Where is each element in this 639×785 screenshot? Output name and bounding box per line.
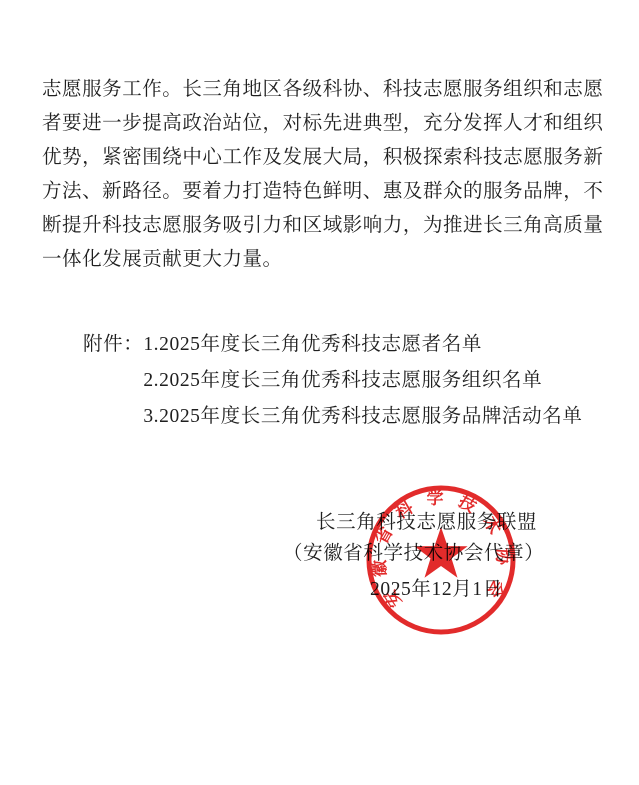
signature-date: 2025年12月1日 [370, 579, 503, 601]
signature-org: 长三角科技志愿服务联盟 [316, 512, 537, 534]
attachment-item: 2.2025年度长三角优秀科技志愿服务组织名单 [143, 363, 582, 399]
body-line: 断提升科技志愿服务吸引力和区域影响力，为推进长三角高质量 [42, 209, 603, 243]
attachment-list: 1.2025年度长三角优秀科技志愿者名单 2.2025年度长三角优秀科技志愿服务… [143, 327, 582, 435]
attachment-item: 1.2025年度长三角优秀科技志愿者名单 [143, 327, 582, 363]
signature-note: （安徽省科学技术协会代章） [283, 543, 544, 565]
body-line: 者要进一步提高政治站位，对标先进典型，充分发挥人才和组织 [42, 107, 603, 141]
body-line: 方法、新路径。要着力打造特色鲜明、惠及群众的服务品牌，不 [42, 175, 603, 209]
attachment-section: 附件： 1.2025年度长三角优秀科技志愿者名单 2.2025年度长三角优秀科技… [83, 327, 582, 435]
body-line: 优势，紧密围绕中心工作及发展大局，积极探索科技志愿服务新 [42, 141, 603, 175]
attachment-label: 附件： [83, 327, 143, 363]
body-line: 一体化发展贡献更大力量。 [42, 243, 603, 277]
attachment-item: 3.2025年度长三角优秀科技志愿服务品牌活动名单 [143, 399, 582, 435]
body-line: 志愿服务工作。长三角地区各级科协、科技志愿服务组织和志愿 [42, 73, 603, 107]
document-page: 志愿服务工作。长三角地区各级科协、科技志愿服务组织和志愿 者要进一步提高政治站位… [0, 0, 639, 785]
body-paragraph: 志愿服务工作。长三角地区各级科协、科技志愿服务组织和志愿 者要进一步提高政治站位… [42, 73, 603, 277]
